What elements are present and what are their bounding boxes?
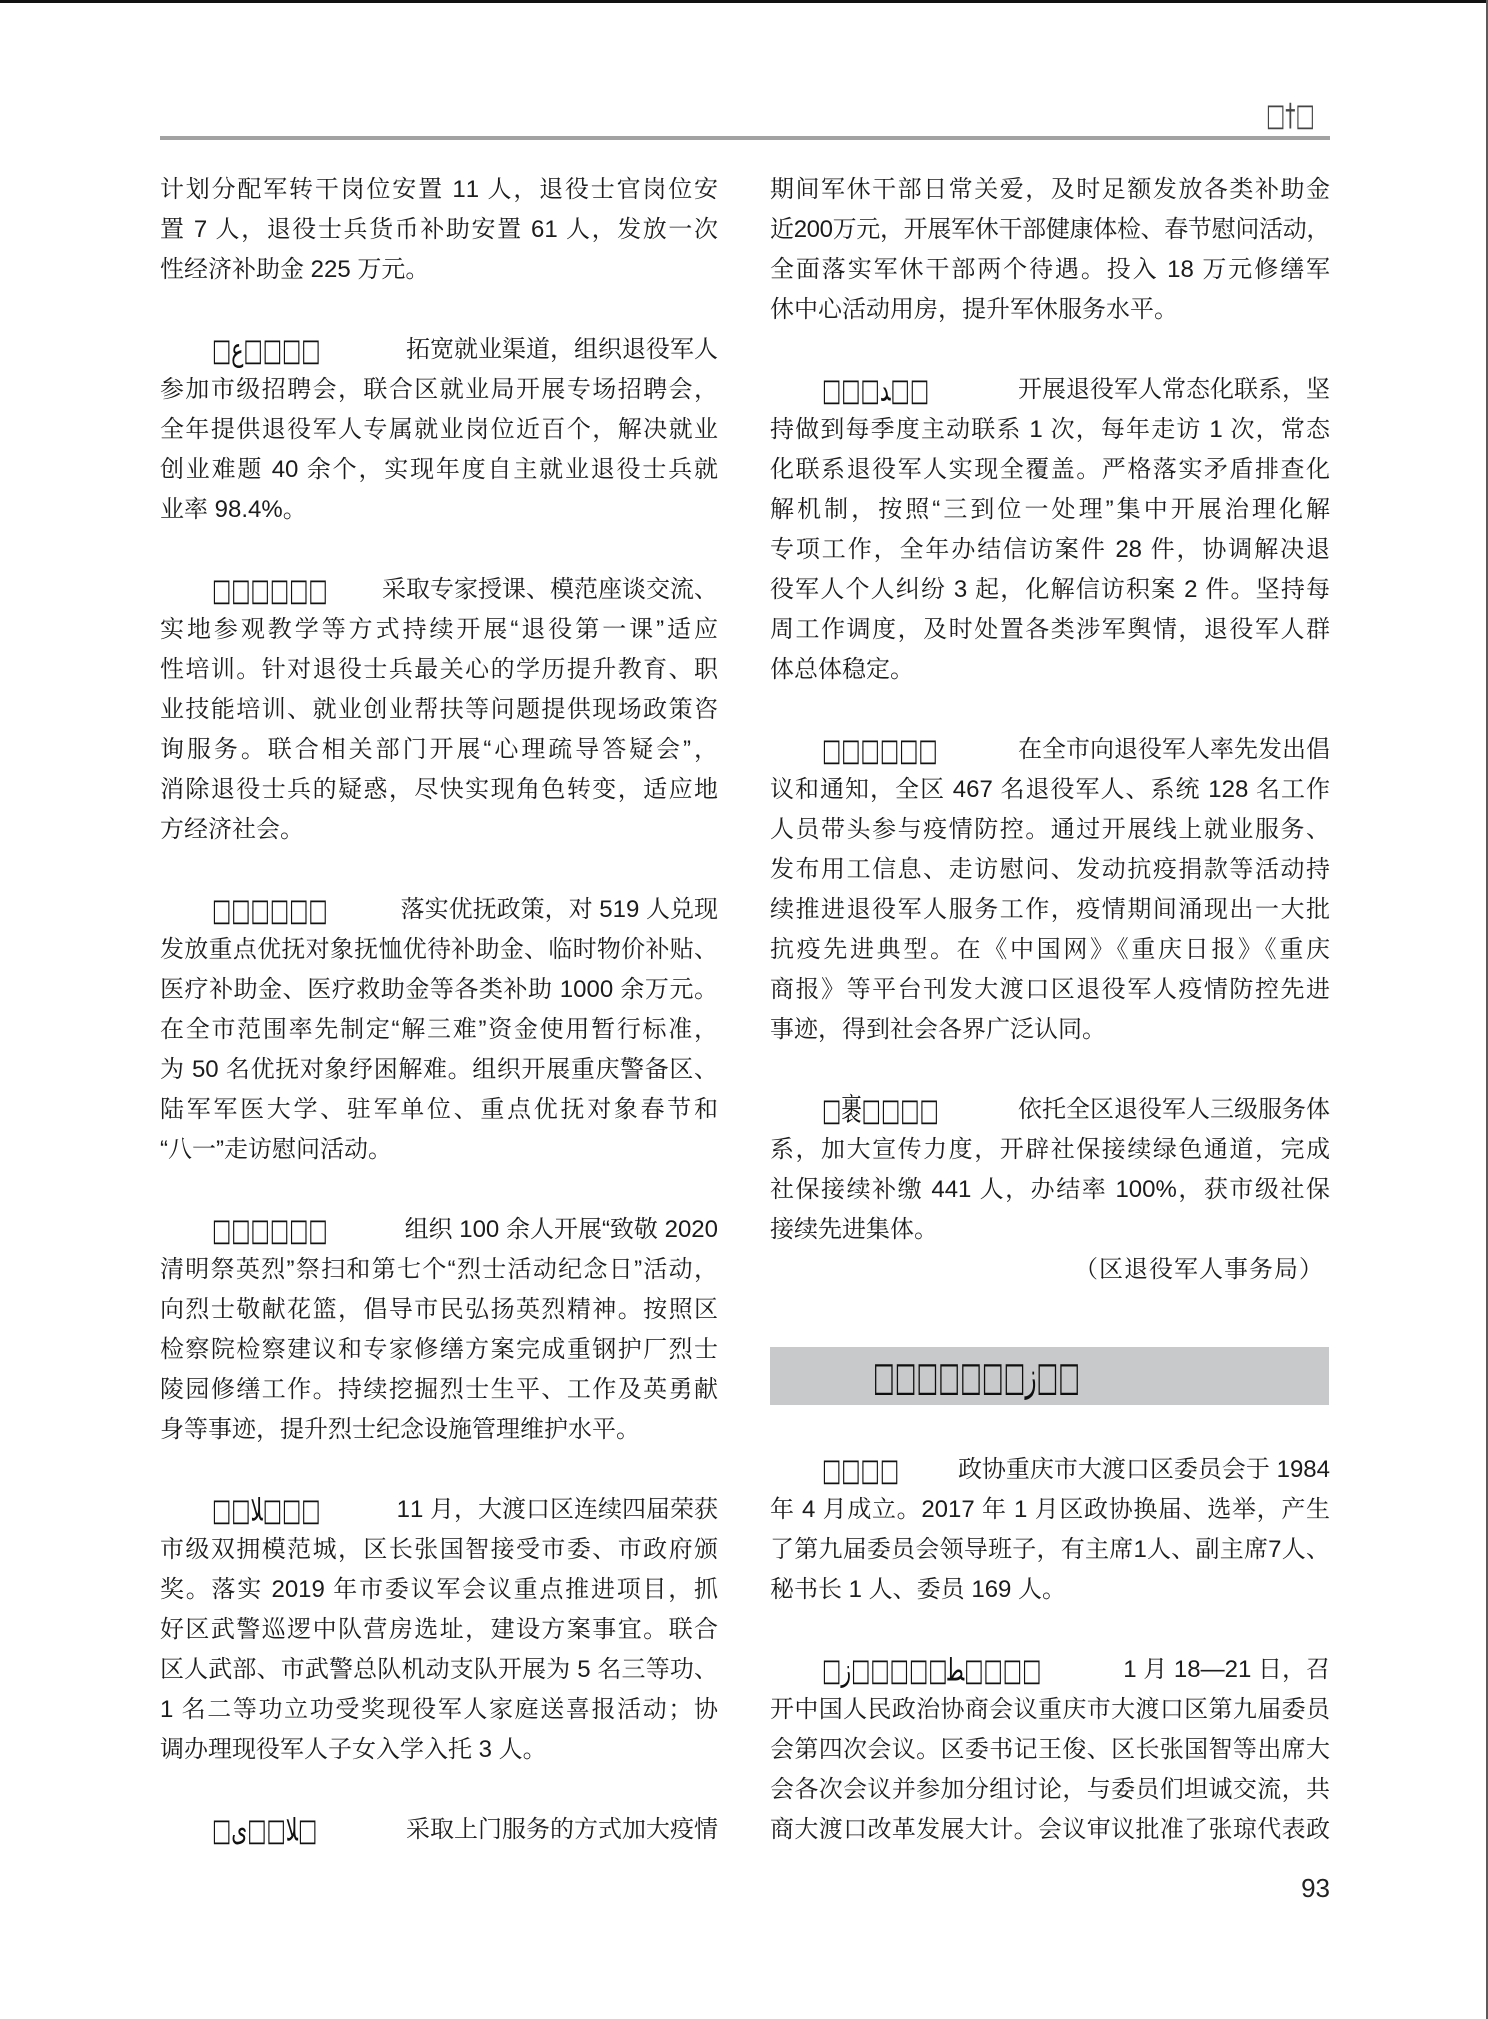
text-line: 在全市范围率先制定“解三难”资金使用暂行标准， [160, 1010, 718, 1050]
text-line: 消除退役士兵的疑惑，尽快实现角色转变，适应地 [160, 770, 718, 810]
text-line: 1 月 18—21 日，召 [1123, 1650, 1330, 1690]
text-line: 休中心活动用房，提升军休服务水平。 [770, 290, 1330, 330]
text-line: 开中国人民政治协商会议重庆市大渡口区第九届委员 [770, 1690, 1330, 1730]
text-line: 向烈士敬献花篮，倡导市民弘扬英烈精神。按照区 [160, 1290, 718, 1330]
text-line: 近200万元，开展军休干部健康体检、春节慰问活动， [770, 210, 1330, 250]
text-line: 议和通知，全区 467 名退役军人、系统 128 名工作 [770, 770, 1330, 810]
text-line: 年 4 月成立。2017 年 1 月区政协换届、选举，产生 [770, 1490, 1330, 1530]
text-line: 性培训。针对退役士兵最关心的学历提升教育、职 [160, 650, 718, 690]
section-banner: □□□□□□□ز□□ [770, 1347, 1329, 1405]
paragraph-heading: □□□ﺪ□□ [822, 364, 929, 416]
paragraph-lead-line: □□□ﺪ□□ 开展退役军人常态化联系，坚 [770, 370, 1330, 410]
text-line: 调办理现役军人子女入学入托 3 人。 [160, 1730, 718, 1770]
text-line: 全面落实军休干部两个待遇。投入 18 万元修缮军 [770, 250, 1330, 290]
running-header-mark: □†□ [1266, 96, 1315, 135]
paragraph-heading: □□□□ [822, 1444, 899, 1496]
text-line: 奖。落实 2019 年市委议军会议重点推进项目，抓 [160, 1570, 718, 1610]
paragraph-lead-line: □□□□ 政协重庆市大渡口区委员会于 1984 [770, 1450, 1330, 1490]
text-line: 会第四次会议。区委书记王俊、区长张国智等出席大 [770, 1730, 1330, 1770]
text-line: 好区武警巡逻中队营房选址，建设方案事宜。联合 [160, 1610, 718, 1650]
text-line: 业技能培训、就业创业帮扶等问题提供现场政策咨 [160, 690, 718, 730]
text-line: 在全市向退役军人率先发出倡 [1018, 730, 1330, 770]
text-line: 性经济补助金 225 万元。 [160, 250, 718, 290]
text-line: 陵园修缮工作。持续挖掘烈士生平、工作及英勇献 [160, 1370, 718, 1410]
text-line: 拓宽就业渠道，组织退役军人 [406, 330, 718, 370]
paragraph-heading: □ﻼ□□ى□ [212, 1804, 317, 1856]
paragraph-lead-line: □□□□□□ 在全市向退役军人率先发出倡 [770, 730, 1330, 770]
paragraph-lead-line: □ﻄ□□□□□ز□□□□ 1 月 18—21 日，召 [770, 1650, 1330, 1690]
text-line: 化联系退役军人实现全覆盖。严格落实矛盾排查化 [770, 450, 1330, 490]
text-line: 参加市级招聘会，联合区就业局开展专场招聘会， [160, 370, 718, 410]
text-line: 依托全区退役军人三级服务体 [1018, 1090, 1330, 1130]
paragraph-heading: □□ﻼ□□□ [212, 1484, 321, 1536]
text-line: 计划分配军转干岗位安置 11 人，退役士官岗位安 [160, 170, 718, 210]
section-title: □□□□□□□ز□□ [873, 1340, 1080, 1413]
text-line: “八一”走访慰问活动。 [160, 1130, 718, 1170]
top-border [0, 0, 1488, 3]
text-line: 市级双拥模范城，区长张国智接受市委、市政府颁 [160, 1530, 718, 1570]
paragraph-lead-line: □裹□□□□ 依托全区退役军人三级服务体 [770, 1090, 1330, 1130]
text-line: 役军人个人纠纷 3 起，化解信访积案 2 件。坚持每 [770, 570, 1330, 610]
text-line: 系，加大宣传力度，开辟社保接续绿色通道，完成 [770, 1130, 1330, 1170]
text-line: 清明祭英烈”祭扫和第七个“烈士活动纪念日”活动， [160, 1250, 718, 1290]
text-line: 开展退役军人常态化联系，坚 [1018, 370, 1330, 410]
paragraph-heading: □□□□□□ [212, 884, 328, 936]
paragraph-lead-line: □□□□□□ 组织 100 余人开展“致敬 2020 [160, 1210, 718, 1250]
paragraph-lead-line: □ﻼ□□ى□ 采取上门服务的方式加大疫情 [160, 1810, 718, 1850]
text-line: 体总体稳定。 [770, 650, 1330, 690]
section-banner-block: □□□□□□□ز□□ [770, 1290, 1330, 1450]
paragraph-heading: □□□□□□ [212, 1204, 328, 1256]
text-line: 业率 98.4%。 [160, 490, 718, 530]
text-line: 落实优抚政策，对 519 人兑现 [401, 890, 718, 930]
paragraph-heading: □ﻄ□□□□□ز□□□□ [822, 1644, 1041, 1696]
text-line: 商报》等平台刊发大渡口区退役军人疫情防控先进 [770, 970, 1330, 1010]
paragraph-lead-line: □□□□□□ 落实优抚政策，对 519 人兑现 [160, 890, 718, 930]
text-line: 发放重点优抚对象抚恤优待补助金、临时物价补贴、 [160, 930, 718, 970]
text-line: 实地参观教学等方式持续开展“退役第一课”适应 [160, 610, 718, 650]
header-rule [160, 136, 1330, 140]
text-line: 期间军休干部日常关爱，及时足额发放各类补助金 [770, 170, 1330, 210]
text-line: 人员带头参与疫情防控。通过开展线上就业服务、 [770, 810, 1330, 850]
text-line: 采取上门服务的方式加大疫情 [406, 1810, 718, 1850]
text-line: 政协重庆市大渡口区委员会于 1984 [958, 1450, 1330, 1490]
text-line: 置 7 人，退役士兵货币补助安置 61 人，发放一次 [160, 210, 718, 250]
text-line: 秘书长 1 人、委员 169 人。 [770, 1570, 1330, 1610]
left-column: 计划分配军转干岗位安置 11 人，退役士官岗位安 置 7 人，退役士兵货币补助安… [160, 170, 718, 1850]
text-line: 续推进退役军人服务工作，疫情期间涌现出一大批 [770, 890, 1330, 930]
text-line: 为 50 名优抚对象纾困解难。组织开展重庆警备区、 [160, 1050, 718, 1090]
text-line: 持做到每季度主动联系 1 次，每年走访 1 次，常态 [770, 410, 1330, 450]
text-line: 事迹，得到社会各界广泛认同。 [770, 1010, 1330, 1050]
source-attribution: （区退役军人事务局） [770, 1250, 1330, 1290]
text-line: 询服务。联合相关部门开展“心理疏导答疑会”， [160, 730, 718, 770]
text-line: 接续先进集体。 [770, 1210, 1330, 1250]
text-line: 会各次会议并参加分组讨论，与委员们坦诚交流，共 [770, 1770, 1330, 1810]
text-line: 11 月，大渡口区连续四届荣获 [397, 1490, 718, 1530]
text-line: 解机制，按照“三到位一处理”集中开展治理化解 [770, 490, 1330, 530]
paragraph-heading: □裹□□□□ [822, 1084, 939, 1136]
text-line: 社保接续补缴 441 人，办结率 100%，获市级社保 [770, 1170, 1330, 1210]
text-line: 区人武部、市武警总队机动支队开展为 5 名三等功、 [160, 1650, 718, 1690]
paragraph-heading: □□□□□□ [822, 724, 938, 776]
text-line: 创业难题 40 余个，实现年度自主就业退役士兵就 [160, 450, 718, 490]
right-column: 期间军休干部日常关爱，及时足额发放各类补助金 近200万元，开展军休干部健康体检… [770, 170, 1330, 1850]
text-line: 1 名二等功立功受奖现役军人家庭送喜报活动；协 [160, 1690, 718, 1730]
paragraph-heading: □□□□□□ [212, 564, 328, 616]
text-line: 周工作调度，及时处置各类涉军舆情，退役军人群 [770, 610, 1330, 650]
page-number: 93 [1290, 1872, 1330, 1904]
text-line: 医疗补助金、医疗救助金等各类补助 1000 余万元。 [160, 970, 718, 1010]
text-line: 发布用工信息、走访慰问、发动抗疫捐款等活动持 [770, 850, 1330, 890]
text-line: 采取专家授课、模范座谈交流、 [382, 570, 718, 610]
paragraph-lead-line: □□ﻼ□□□ 11 月，大渡口区连续四届荣获 [160, 1490, 718, 1530]
paragraph-heading: □ع□□□□ [212, 324, 321, 376]
text-line: 组织 100 余人开展“致敬 2020 [405, 1210, 718, 1250]
paragraph-lead-line: □ع□□□□ 拓宽就业渠道，组织退役军人 [160, 330, 718, 370]
text-line: 抗疫先进典型。在《中国网》《重庆日报》《重庆 [770, 930, 1330, 970]
text-line: 检察院检察建议和专家修缮方案完成重钢护厂烈士 [160, 1330, 718, 1370]
paragraph-lead-line: □□□□□□ 采取专家授课、模范座谈交流、 [160, 570, 718, 610]
text-line: 商大渡口改革发展大计。会议审议批准了张琼代表政 [770, 1810, 1330, 1850]
text-line: 全年提供退役军人专属就业岗位近百个，解决就业 [160, 410, 718, 450]
text-line: 陆军军医大学、驻军单位、重点优抚对象春节和 [160, 1090, 718, 1130]
text-line: 了第九届委员会领导班子，有主席1人、副主席7人、 [770, 1530, 1330, 1570]
text-line: 专项工作，全年办结信访案件 28 件，协调解决退 [770, 530, 1330, 570]
document-page: □†□ 计划分配军转干岗位安置 11 人，退役士官岗位安 置 7 人，退役士兵货… [0, 0, 1488, 2019]
text-line: 方经济社会。 [160, 810, 718, 850]
text-line: 身等事迹，提升烈士纪念设施管理维护水平。 [160, 1410, 718, 1450]
